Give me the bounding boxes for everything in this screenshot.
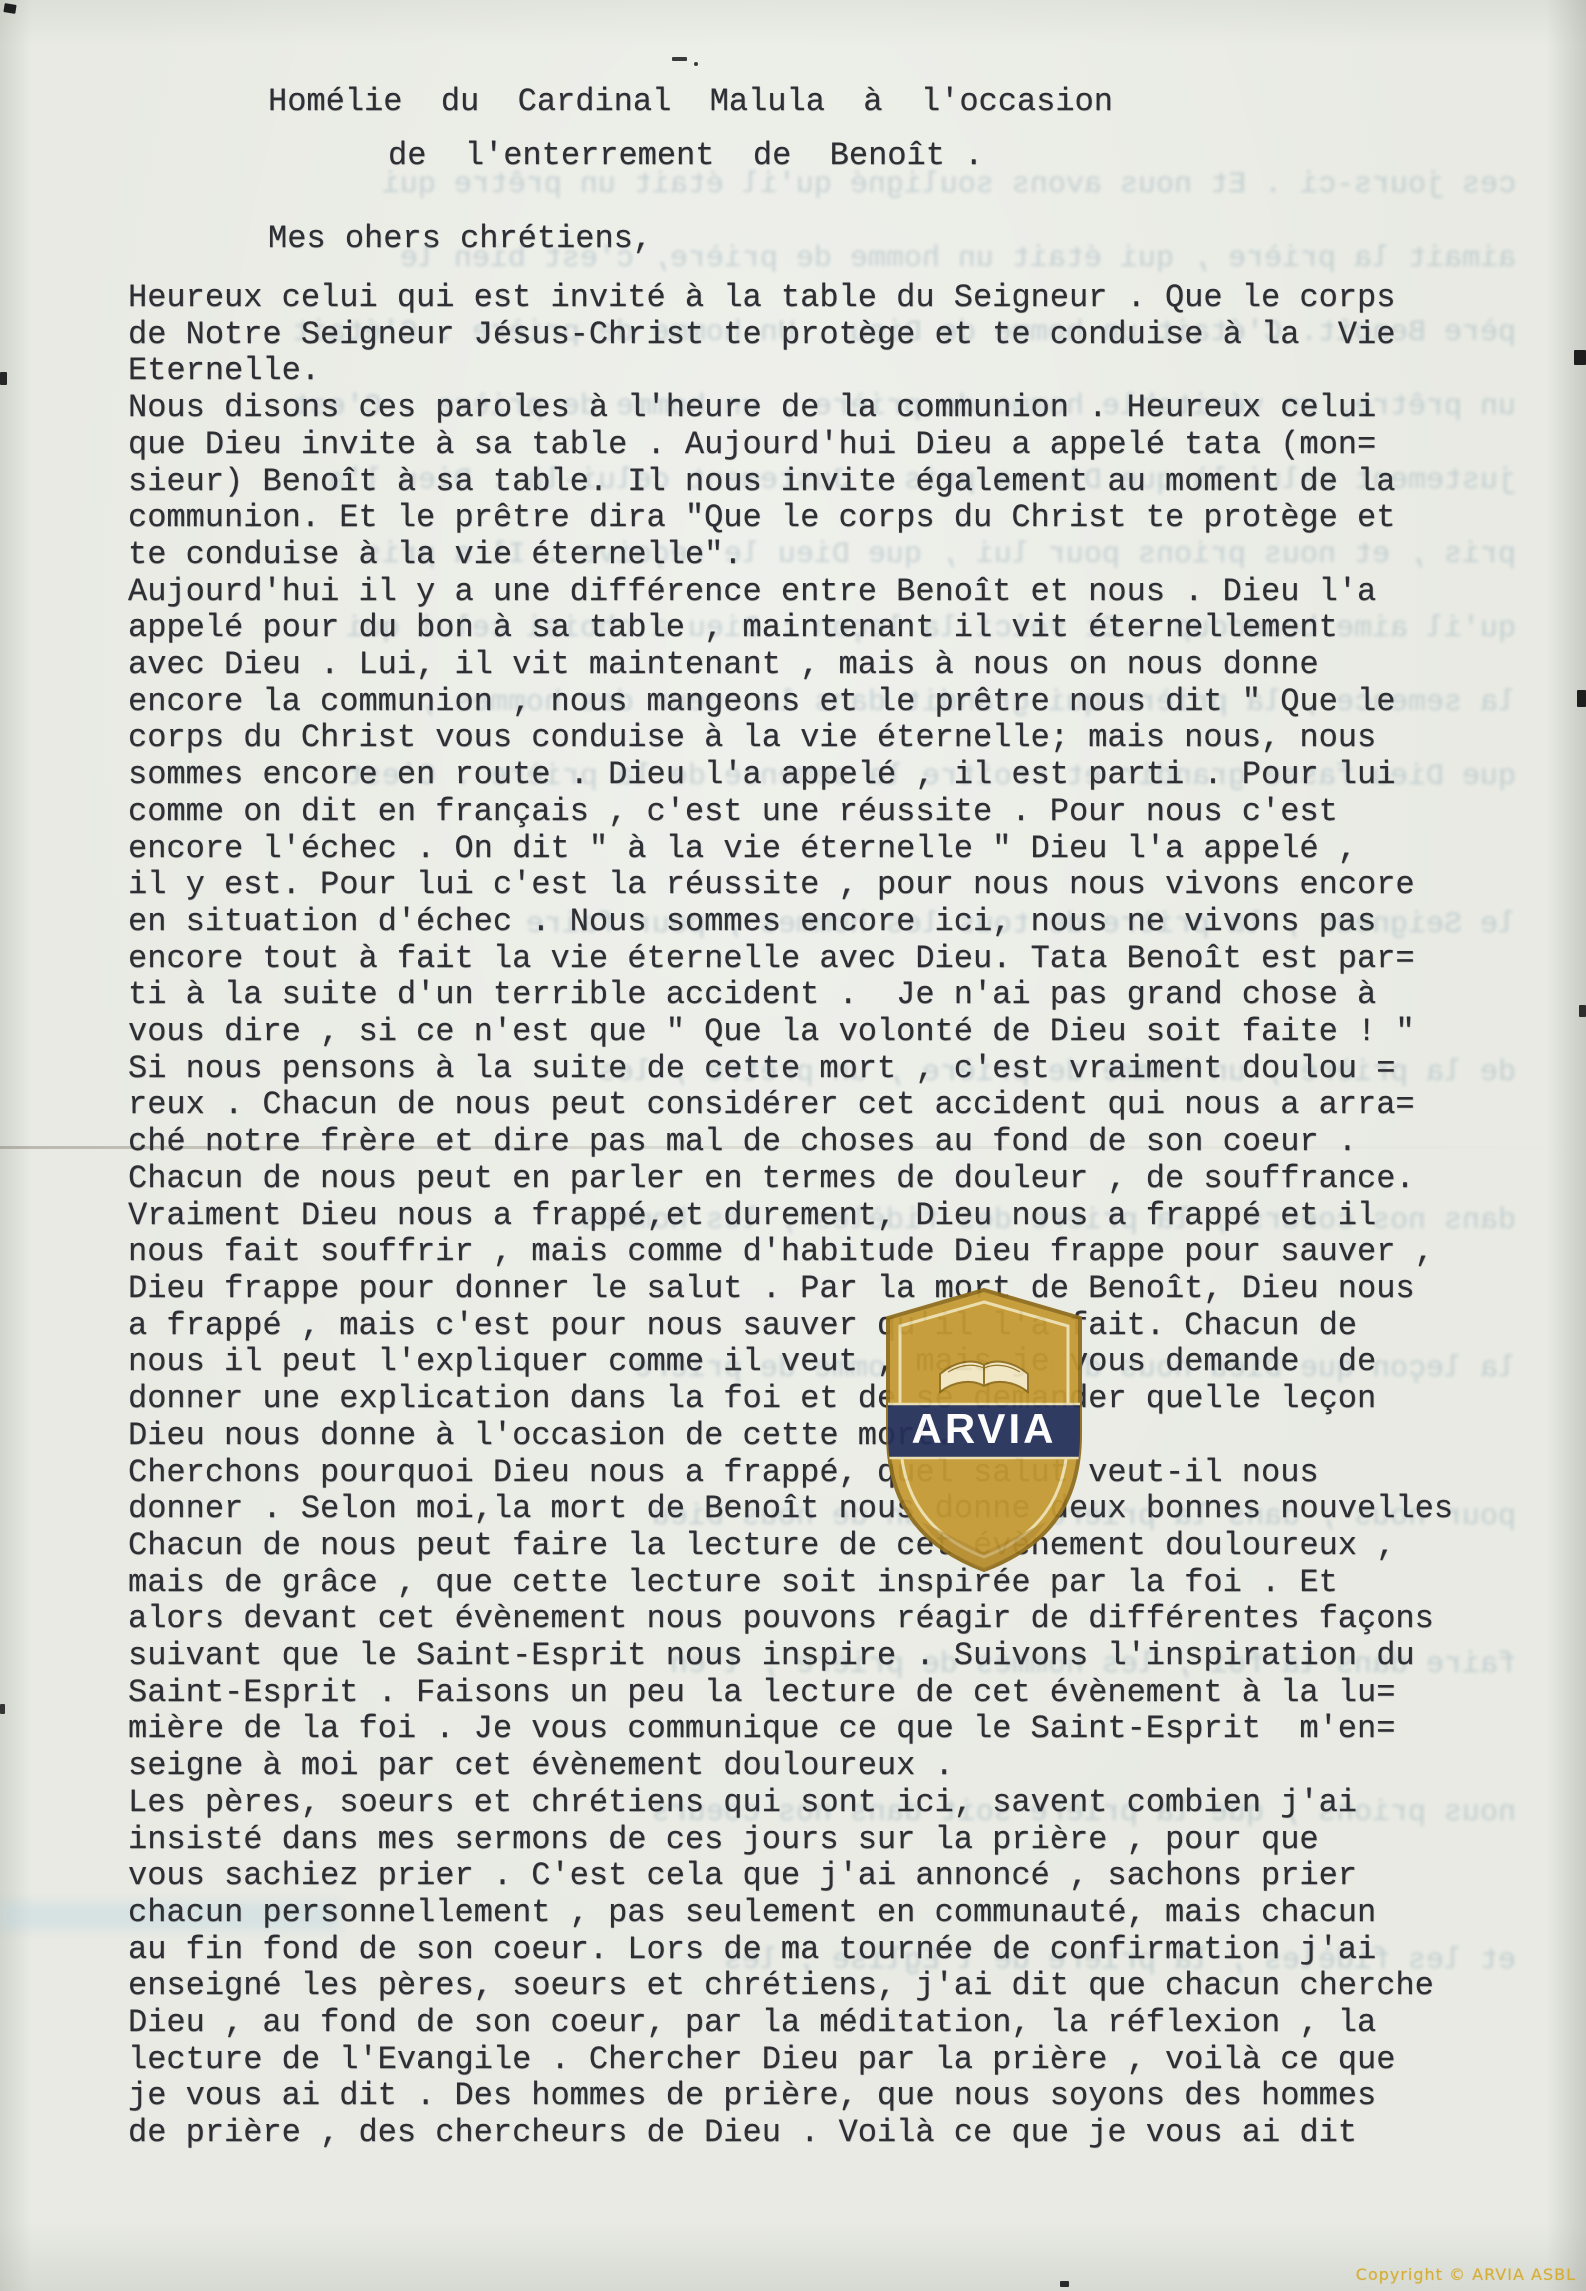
shield-logo-icon: ARVIA xyxy=(878,1286,1090,1574)
document-line: de Notre Seigneur Jésus-Christ te protèg… xyxy=(128,317,1568,354)
document-line: je vous ai dit . Des hommes de prière, q… xyxy=(128,2078,1568,2115)
document-line: Vraiment Dieu nous a frappé,et durement,… xyxy=(128,1198,1568,1235)
document-title-line-1: Homélie du Cardinal Malula à l'occasion xyxy=(268,84,1113,121)
document-line: lecture de l'Evangile . Chercher Dieu pa… xyxy=(128,2042,1568,2079)
document-line: donner une explication dans la foi et de… xyxy=(128,1381,1568,1418)
document-line: Dieu frappe pour donner le salut . Par l… xyxy=(128,1271,1568,1308)
document-line: Dieu , au fond de son coeur, par la médi… xyxy=(128,2005,1568,2042)
document-line: Les pères, soeurs et chrétiens qui sont … xyxy=(128,1785,1568,1822)
document-line: donner . Selon moi,la mort de Benoît nou… xyxy=(128,1491,1568,1528)
document-line: reux . Chacun de nous peut considérer ce… xyxy=(128,1087,1568,1124)
document-line: vous sachiez prier . C'est cela que j'ai… xyxy=(128,1858,1568,1895)
document-line: Nous disons ces paroles à l'heure de la … xyxy=(128,390,1568,427)
document-line: Heureux celui qui est invité à la table … xyxy=(128,280,1568,317)
scan-speck xyxy=(1579,1005,1586,1017)
document-line: a frappé , mais c'est pour nous sauver q… xyxy=(128,1308,1568,1345)
scan-speck xyxy=(0,372,7,385)
document-line: il y est. Pour lui c'est la réussite , p… xyxy=(128,867,1568,904)
copyright-text: Copyright © ARVIA ASBL xyxy=(1356,2265,1576,2284)
document-line: Saint-Esprit . Faisons un peu la lecture… xyxy=(128,1675,1568,1712)
document-line: Chacun de nous peut en parler en termes … xyxy=(128,1161,1568,1198)
document-line: au fin fond de son coeur. Lors de ma tou… xyxy=(128,1932,1568,1969)
document-line: corps du Christ vous conduise à la vie é… xyxy=(128,720,1568,757)
arvia-wordmark: ARVIA xyxy=(912,1405,1057,1452)
scan-speck xyxy=(694,62,698,66)
document-line: seigne à moi par cet évènement douloureu… xyxy=(128,1748,1568,1785)
document-line: mais de grâce , que cette lecture soit i… xyxy=(128,1565,1568,1602)
body-text: Heureux celui qui est invité à la table … xyxy=(128,280,1568,2152)
document-line: communion. Et le prêtre dira "Que le cor… xyxy=(128,500,1568,537)
document-line: Si nous pensons à la suite de cette mort… xyxy=(128,1051,1568,1088)
document-line: suivant que le Saint-Esprit nous inspire… xyxy=(128,1638,1568,1675)
document-line: te conduise à la vie éternelle". xyxy=(128,537,1568,574)
document-line: de prière , des chercheurs de Dieu . Voi… xyxy=(128,2115,1568,2152)
document-line: nous il peut l'expliquer comme il veut ,… xyxy=(128,1344,1568,1381)
document-line: sieur) Benoît à sa table. Il nous invite… xyxy=(128,464,1568,501)
document-line: chacun personnellement , pas seulement e… xyxy=(128,1895,1568,1932)
scan-speck xyxy=(1060,2281,1069,2287)
document-line: encore l'échec . On dit " à la vie étern… xyxy=(128,831,1568,868)
document-line: encore tout à fait la vie éternelle avec… xyxy=(128,941,1568,978)
document-page: ces jours-ci . Et nous avons souligné qu… xyxy=(0,0,1586,2291)
document-line: en situation d'échec . Nous sommes encor… xyxy=(128,904,1568,941)
document-line: enseigné les pères, soeurs et chrétiens,… xyxy=(128,1968,1568,2005)
document-line: que Dieu invite à sa table . Aujourd'hui… xyxy=(128,427,1568,464)
document-line: comme on dit en français , c'est une réu… xyxy=(128,794,1568,831)
scan-speck xyxy=(1574,350,1586,365)
document-line: appelé pour du bon à sa table , maintena… xyxy=(128,610,1568,647)
document-line: Dieu nous donne à l'occasion de cette mo… xyxy=(128,1418,1568,1455)
document-line: ti à la suite d'un terrible accident . J… xyxy=(128,977,1568,1014)
document-line: sommes encore en route . Dieu l'a appelé… xyxy=(128,757,1568,794)
scan-speck xyxy=(1577,690,1586,707)
scan-speck xyxy=(0,1704,5,1714)
document-line: Cherchons pourquoi Dieu nous a frappé, q… xyxy=(128,1455,1568,1492)
arvia-watermark: ARVIA xyxy=(878,1286,1090,1574)
document-line: encore la communion , nous mangeons et l… xyxy=(128,684,1568,721)
document-line: avec Dieu . Lui, il vit maintenant , mai… xyxy=(128,647,1568,684)
document-line: alors devant cet évènement nous pouvons … xyxy=(128,1601,1568,1638)
scan-speck xyxy=(672,57,687,61)
document-line: Chacun de nous peut faire la lecture de … xyxy=(128,1528,1568,1565)
document-line: Aujourd'hui il y a une différence entre … xyxy=(128,574,1568,611)
document-line: vous dire , si ce n'est que " Que la vol… xyxy=(128,1014,1568,1051)
document-line: mière de la foi . Je vous communique ce … xyxy=(128,1711,1568,1748)
scan-speck xyxy=(3,3,16,14)
document-line: insisté dans mes sermons de ces jours su… xyxy=(128,1822,1568,1859)
document-line: nous fait souffrir , mais comme d'habitu… xyxy=(128,1234,1568,1271)
document-line: ché notre frère et dire pas mal de chose… xyxy=(128,1124,1568,1161)
document-line: Eternelle. xyxy=(128,353,1568,390)
